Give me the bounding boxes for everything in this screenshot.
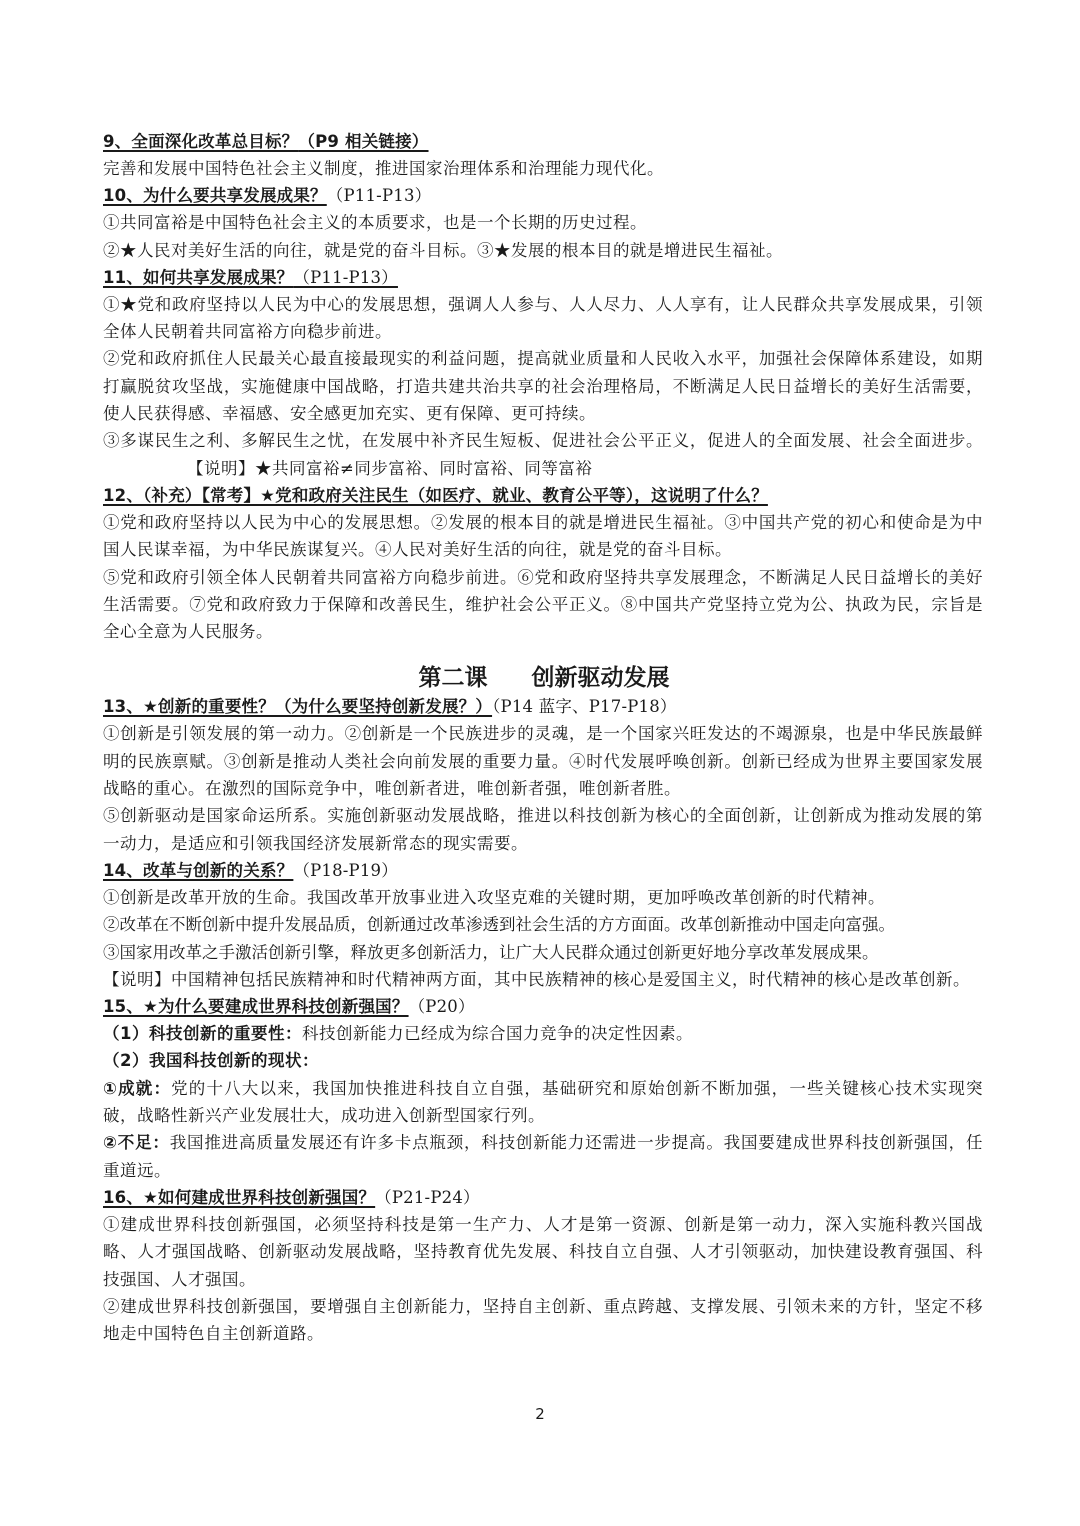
question-title: 12、（补充）【常考】★党和政府关注民生（如医疗、就业、教育公平等），这说明了什… xyxy=(103,486,768,505)
answer-paragraph: ①建成世界科技创新强国，必须坚持科技是第一生产力、人才是第一资源、创新是第一动力… xyxy=(103,1211,983,1293)
answer-text: ③多谋民生之利、多解民生之忧，在发展中补齐民生短板、促进社会公平正义，促进人的全… xyxy=(103,431,983,450)
question-12-heading: 12、（补充）【常考】★党和政府关注民生（如医疗、就业、教育公平等），这说明了什… xyxy=(103,482,983,509)
question-11-heading: 11、如何共享发展成果？（P11-P13） xyxy=(103,264,983,291)
question-9-heading: 9、全面深化改革总目标？（P9 相关链接） xyxy=(103,128,983,155)
question-title: 11、如何共享发展成果？ xyxy=(103,268,293,287)
question-15-heading: 15、★为什么要建成世界科技创新强国？（P20） xyxy=(103,993,983,1020)
lesson-name: 创新驱动发展 xyxy=(532,665,670,691)
answer-paragraph: 完善和发展中国特色社会主义制度，推进国家治理体系和治理能力现代化。 xyxy=(103,155,983,182)
question-title: 9、全面深化改革总目标？ xyxy=(103,132,298,151)
answer-paragraph: ②党和政府抓住人民最关心最直接最现实的利益问题，提高就业质量和人民收入水平，加强… xyxy=(103,345,983,427)
item-text: 我国推进高质量发展还有许多卡点瓶颈，科技创新能力还需进一步提高。我国要建成世界科… xyxy=(103,1133,983,1179)
answer-paragraph: ②★人民对美好生活的向往，就是党的奋斗目标。③★发展的根本目的就是增进民生福祉。 xyxy=(103,237,983,264)
question-10-heading: 10、为什么要共享发展成果？（P11-P13） xyxy=(103,182,983,209)
sub-point-importance: （1）科技创新的重要性：科技创新能力已经成为综合国力竞争的决定性因素。 xyxy=(103,1020,983,1047)
page-reference: （P21-P24） xyxy=(375,1188,480,1207)
page-reference: （P18-P19） xyxy=(293,861,398,880)
answer-paragraph: ③国家用改革之手激活创新引擎，释放更多创新活力，让广大人民群众通过创新更好地分享… xyxy=(103,939,983,966)
page-number: 2 xyxy=(0,1405,1080,1423)
question-16-heading: 16、★如何建成世界科技创新强国？（P21-P24） xyxy=(103,1184,983,1211)
answer-paragraph: ②改革在不断创新中提升发展品质，创新通过改革渗透到社会生活的方方面面。改革创新推… xyxy=(103,911,983,938)
answer-paragraph: ⑤创新驱动是国家命运所系。实施创新驱动发展战略，推进以科技创新为核心的全面创新，… xyxy=(103,802,983,857)
sub-point-text: 科技创新能力已经成为综合国力竞争的决定性因素。 xyxy=(302,1024,693,1043)
question-title: 16、★如何建成世界科技创新强国？ xyxy=(103,1188,375,1207)
answer-paragraph: ①创新是改革开放的生命。我国改革开放事业进入攻坚克难的关键时期，更加呼唤改革创新… xyxy=(103,884,983,911)
question-title: 13、★创新的重要性？（为什么要坚持创新发展？） xyxy=(103,697,492,716)
answer-paragraph: ②建成世界科技创新强国，要增强自主创新能力，坚持自主创新、重点跨越、支撑发展、引… xyxy=(103,1293,983,1348)
lesson-number: 第二课 xyxy=(419,665,488,691)
question-title: 15、★为什么要建成世界科技创新强国？ xyxy=(103,997,409,1016)
sub-point-status: （2）我国科技创新的现状： xyxy=(103,1047,983,1074)
item-label: ②不足： xyxy=(103,1133,170,1152)
answer-paragraph: ①党和政府坚持以人民为中心的发展思想。②发展的根本目的就是增进民生福祉。③中国共… xyxy=(103,509,983,564)
question-13-heading: 13、★创新的重要性？（为什么要坚持创新发展？）（P14 蓝字、P17-P18） xyxy=(103,693,983,720)
answer-paragraph: ①共同富裕是中国特色社会主义的本质要求，也是一个长期的历史过程。 xyxy=(103,209,983,236)
answer-paragraph-with-note: ③多谋民生之利、多解民生之忧，在发展中补齐民生短板、促进社会公平正义，促进人的全… xyxy=(103,427,983,482)
answer-paragraph: ⑤党和政府引领全体人民朝着共同富裕方向稳步前进。⑥党和政府坚持共享发展理念，不断… xyxy=(103,564,983,646)
item-text: 党的十八大以来，我国加快推进科技自立自强，基础研究和原始创新不断加强，一些关键核… xyxy=(103,1079,983,1125)
answer-paragraph: ①★党和政府坚持以人民为中心的发展思想，强调人人参与、人人尽力、人人享有，让人民… xyxy=(103,291,983,346)
page-reference: （P14 蓝字、P17-P18） xyxy=(492,697,677,716)
item-label: ①成就： xyxy=(103,1079,171,1098)
question-title: 10、为什么要共享发展成果？ xyxy=(103,186,327,205)
sub-point-label: （1）科技创新的重要性： xyxy=(103,1024,302,1043)
explanation-note: 【说明】中国精神包括民族精神和时代精神两方面，其中民族精神的核心是爱国主义，时代… xyxy=(103,966,983,993)
explanation-note: 【说明】★共同富裕≠同步富裕、同时富裕、同等富裕 xyxy=(187,459,592,478)
page-reference: （P11-P13） xyxy=(293,268,398,287)
question-14-heading: 14、改革与创新的关系？（P18-P19） xyxy=(103,857,983,884)
status-achievement: ①成就：党的十八大以来，我国加快推进科技自立自强，基础研究和原始创新不断加强，一… xyxy=(103,1075,983,1130)
status-shortcoming: ②不足：我国推进高质量发展还有许多卡点瓶颈，科技创新能力还需进一步提高。我国要建… xyxy=(103,1129,983,1184)
page-reference: （P9 相关链接） xyxy=(298,132,428,151)
chapter-heading: 第二课创新驱动发展 xyxy=(103,663,983,693)
page-reference: （P20） xyxy=(409,997,475,1016)
page-reference: （P11-P13） xyxy=(327,186,432,205)
document-page: 9、全面深化改革总目标？（P9 相关链接） 完善和发展中国特色社会主义制度，推进… xyxy=(103,128,983,1347)
answer-paragraph: ①创新是引领发展的第一动力。②创新是一个民族进步的灵魂，是一个国家兴旺发达的不竭… xyxy=(103,720,983,802)
sub-point-label: （2）我国科技创新的现状： xyxy=(103,1051,319,1070)
question-title: 14、改革与创新的关系？ xyxy=(103,861,293,880)
